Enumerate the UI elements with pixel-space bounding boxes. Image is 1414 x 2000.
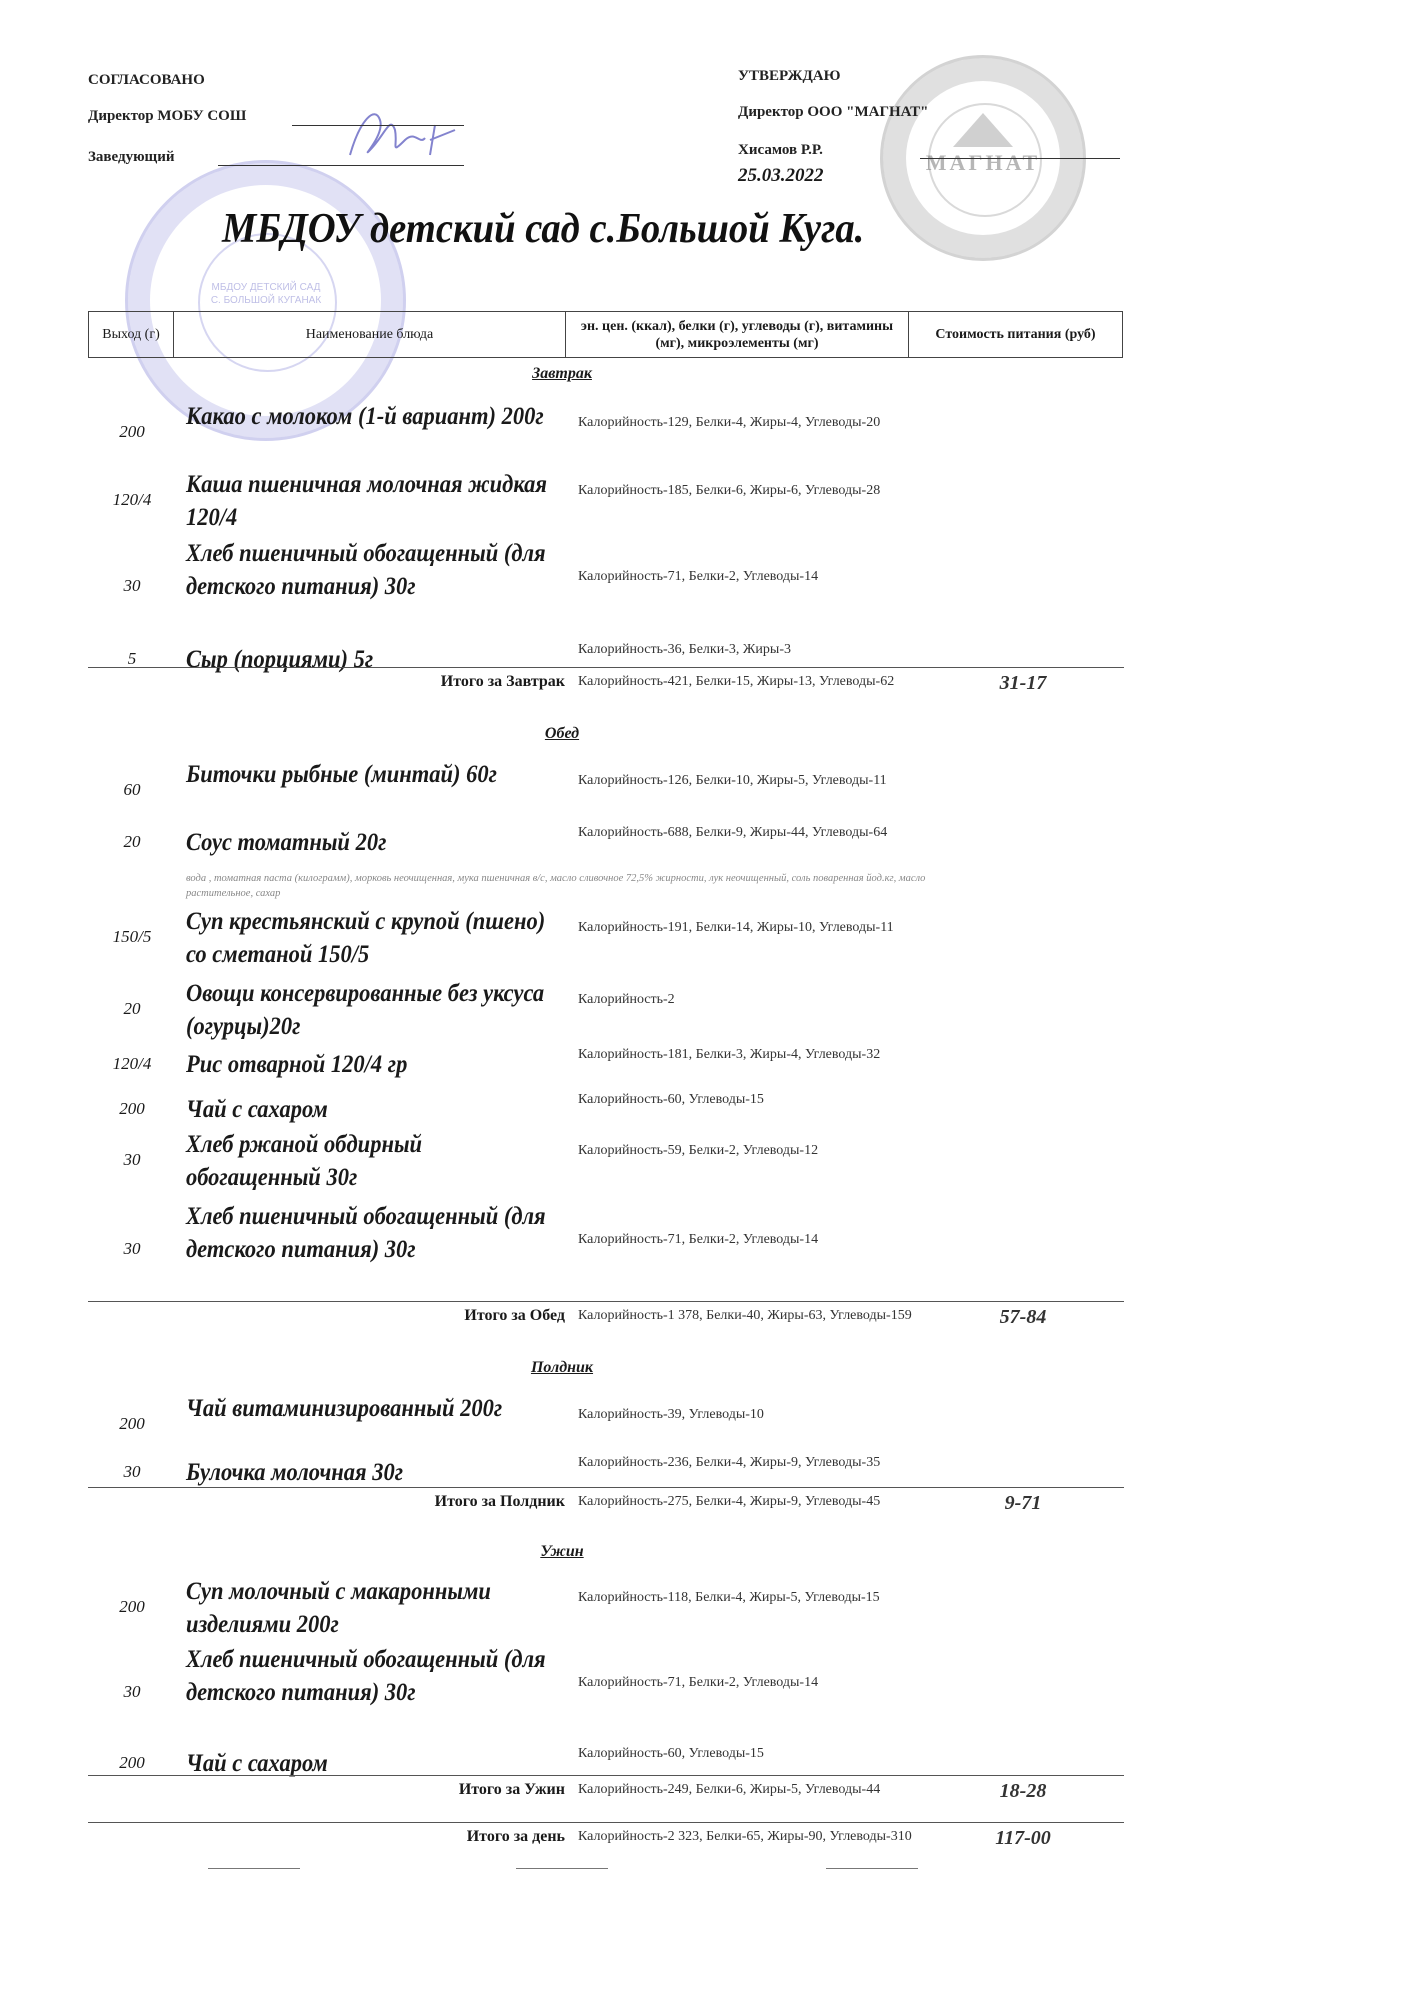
- item-qty: 5: [96, 649, 168, 669]
- item-qty: 200: [96, 1414, 168, 1434]
- item-nutrition: Калорийность-181, Белки-3, Жиры-4, Углев…: [578, 1045, 918, 1065]
- item-qty: 20: [96, 999, 168, 1019]
- item-ingredients: вода , томатная паста (килограмм), морко…: [186, 871, 946, 901]
- item-nutrition: Калорийность-71, Белки-2, Углеводы-14: [578, 1230, 918, 1250]
- section-total-label: Итого за Полдник: [265, 1493, 565, 1511]
- item-qty: 200: [96, 422, 168, 442]
- section-total-label: Итого за Ужин: [265, 1781, 565, 1799]
- day-total-nutrition: Калорийность-2 323, Белки-65, Жиры-90, У…: [578, 1827, 918, 1847]
- blank-line: [826, 1868, 918, 1869]
- school-stamp-text: МБДОУ ДЕТСКИЙ САД С. БОЛЬШОЙ КУГАНАК: [206, 281, 326, 307]
- approval-left-heading: СОГЛАСОВАНО: [88, 72, 205, 89]
- item-nutrition: Калорийность-71, Белки-2, Углеводы-14: [578, 1673, 918, 1693]
- column-header-qty: Выход (г): [88, 311, 174, 358]
- item-name: Чай витаминизированный 200г: [186, 1392, 551, 1425]
- item-name: Булочка молочная 30г: [186, 1456, 551, 1489]
- item-qty: 120/4: [96, 490, 168, 510]
- day-total-label: Итого за день: [265, 1828, 565, 1846]
- approval-right-heading: УТВЕРЖДАЮ: [738, 68, 841, 85]
- item-name: Чай с сахаром: [186, 1093, 551, 1126]
- section-heading: Полдник: [0, 1359, 1124, 1377]
- section-heading: Завтрак: [0, 365, 1124, 383]
- item-name: Овощи консервированные без уксуса (огурц…: [186, 977, 551, 1043]
- signature-line: [920, 158, 1120, 159]
- item-qty: 30: [96, 1239, 168, 1259]
- section-rule: [88, 1487, 1124, 1488]
- item-qty: 20: [96, 832, 168, 852]
- item-name: Какао с молоком (1-й вариант) 200г: [186, 400, 551, 433]
- section-total-nutrition: Калорийность-1 378, Белки-40, Жиры-63, У…: [578, 1306, 918, 1326]
- section-total-label: Итого за Завтрак: [265, 673, 565, 691]
- item-nutrition: Калорийность-59, Белки-2, Углеводы-12: [578, 1141, 918, 1161]
- day-total-rule: [88, 1822, 1124, 1823]
- item-nutrition: Калорийность-129, Белки-4, Жиры-4, Углев…: [578, 413, 918, 433]
- item-name: Суп молочный с макаронными изделиями 200…: [186, 1575, 551, 1641]
- item-name: Биточки рыбные (минтай) 60г: [186, 758, 551, 791]
- item-nutrition: Калорийность-191, Белки-14, Жиры-10, Угл…: [578, 918, 918, 938]
- blank-line: [516, 1868, 608, 1869]
- item-name: Суп крестьянский с крупой (пшено) со сме…: [186, 905, 551, 971]
- item-qty: 120/4: [96, 1054, 168, 1074]
- section-total-nutrition: Калорийность-421, Белки-15, Жиры-13, Угл…: [578, 672, 918, 692]
- item-nutrition: Калорийность-185, Белки-6, Жиры-6, Углев…: [578, 481, 918, 501]
- approval-date: 25.03.2022: [738, 165, 824, 187]
- section-total-cost: 31-17: [958, 672, 1088, 695]
- item-nutrition: Калорийность-126, Белки-10, Жиры-5, Угле…: [578, 771, 918, 791]
- mountain-logo-icon: [953, 113, 1013, 147]
- item-nutrition: Калорийность-36, Белки-3, Жиры-3: [578, 640, 918, 660]
- section-total-cost: 18-28: [958, 1780, 1088, 1803]
- item-nutrition: Калорийность-236, Белки-4, Жиры-9, Углев…: [578, 1453, 918, 1473]
- signature-line: [218, 165, 464, 166]
- section-rule: [88, 1775, 1124, 1776]
- item-qty: 200: [96, 1099, 168, 1119]
- section-total-cost: 9-71: [958, 1492, 1088, 1515]
- item-nutrition: Калорийность-2: [578, 990, 918, 1010]
- column-header-name: Наименование блюда: [173, 311, 566, 358]
- signature-line: [292, 125, 464, 126]
- item-name: Хлеб пшеничный обогащенный (для детского…: [186, 1200, 551, 1266]
- school-stamp: МБДОУ ДЕТСКИЙ САД С. БОЛЬШОЙ КУГАНАК: [125, 160, 406, 441]
- item-qty: 150/5: [96, 927, 168, 947]
- item-nutrition: Калорийность-39, Углеводы-10: [578, 1405, 918, 1425]
- item-name: Хлеб ржаной обдирный обогащенный 30г: [186, 1128, 551, 1194]
- section-total-nutrition: Калорийность-275, Белки-4, Жиры-9, Углев…: [578, 1492, 918, 1512]
- item-nutrition: Калорийность-118, Белки-4, Жиры-5, Углев…: [578, 1588, 918, 1608]
- section-heading: Обед: [0, 725, 1124, 743]
- section-rule: [88, 667, 1124, 668]
- blank-line: [208, 1868, 300, 1869]
- item-qty: 30: [96, 1682, 168, 1702]
- approval-right-position: Директор ООО "МАГНАТ": [738, 104, 929, 121]
- approval-right-name: Хисамов Р.Р.: [738, 142, 823, 159]
- item-qty: 200: [96, 1753, 168, 1773]
- item-nutrition: Калорийность-71, Белки-2, Углеводы-14: [578, 567, 918, 587]
- item-nutrition: Калорийность-60, Углеводы-15: [578, 1744, 918, 1764]
- item-qty: 60: [96, 780, 168, 800]
- approval-left-role: Заведующий: [88, 149, 174, 166]
- section-total-label: Итого за Обед: [265, 1307, 565, 1325]
- column-header-cost: Стоимость питания (руб): [908, 311, 1123, 358]
- section-total-cost: 57-84: [958, 1306, 1088, 1329]
- approval-left-position: Директор МОБУ СОШ: [88, 108, 246, 125]
- item-qty: 200: [96, 1597, 168, 1617]
- item-nutrition: Калорийность-688, Белки-9, Жиры-44, Угле…: [578, 823, 918, 843]
- item-name: Хлеб пшеничный обогащенный (для детского…: [186, 537, 551, 603]
- day-total-cost: 117-00: [958, 1827, 1088, 1850]
- item-name: Рис отварной 120/4 гр: [186, 1048, 551, 1081]
- item-name: Каша пшеничная молочная жидкая 120/4: [186, 468, 551, 534]
- company-stamp-text: МАГНАТ: [883, 150, 1083, 176]
- signature-icon: [330, 100, 470, 170]
- page-title: МБДОУ детский сад с.Большой Куга.: [222, 205, 864, 253]
- section-rule: [88, 1301, 1124, 1302]
- section-total-nutrition: Калорийность-249, Белки-6, Жиры-5, Углев…: [578, 1780, 918, 1800]
- item-qty: 30: [96, 576, 168, 596]
- item-name: Сыр (порциями) 5г: [186, 643, 551, 676]
- item-qty: 30: [96, 1150, 168, 1170]
- item-name: Соус томатный 20г: [186, 826, 551, 859]
- column-header-nutrition: эн. цен. (ккал), белки (г), углеводы (г)…: [565, 311, 909, 358]
- section-heading: Ужин: [0, 1543, 1124, 1561]
- item-qty: 30: [96, 1462, 168, 1482]
- item-name: Хлеб пшеничный обогащенный (для детского…: [186, 1643, 551, 1709]
- item-nutrition: Калорийность-60, Углеводы-15: [578, 1090, 918, 1110]
